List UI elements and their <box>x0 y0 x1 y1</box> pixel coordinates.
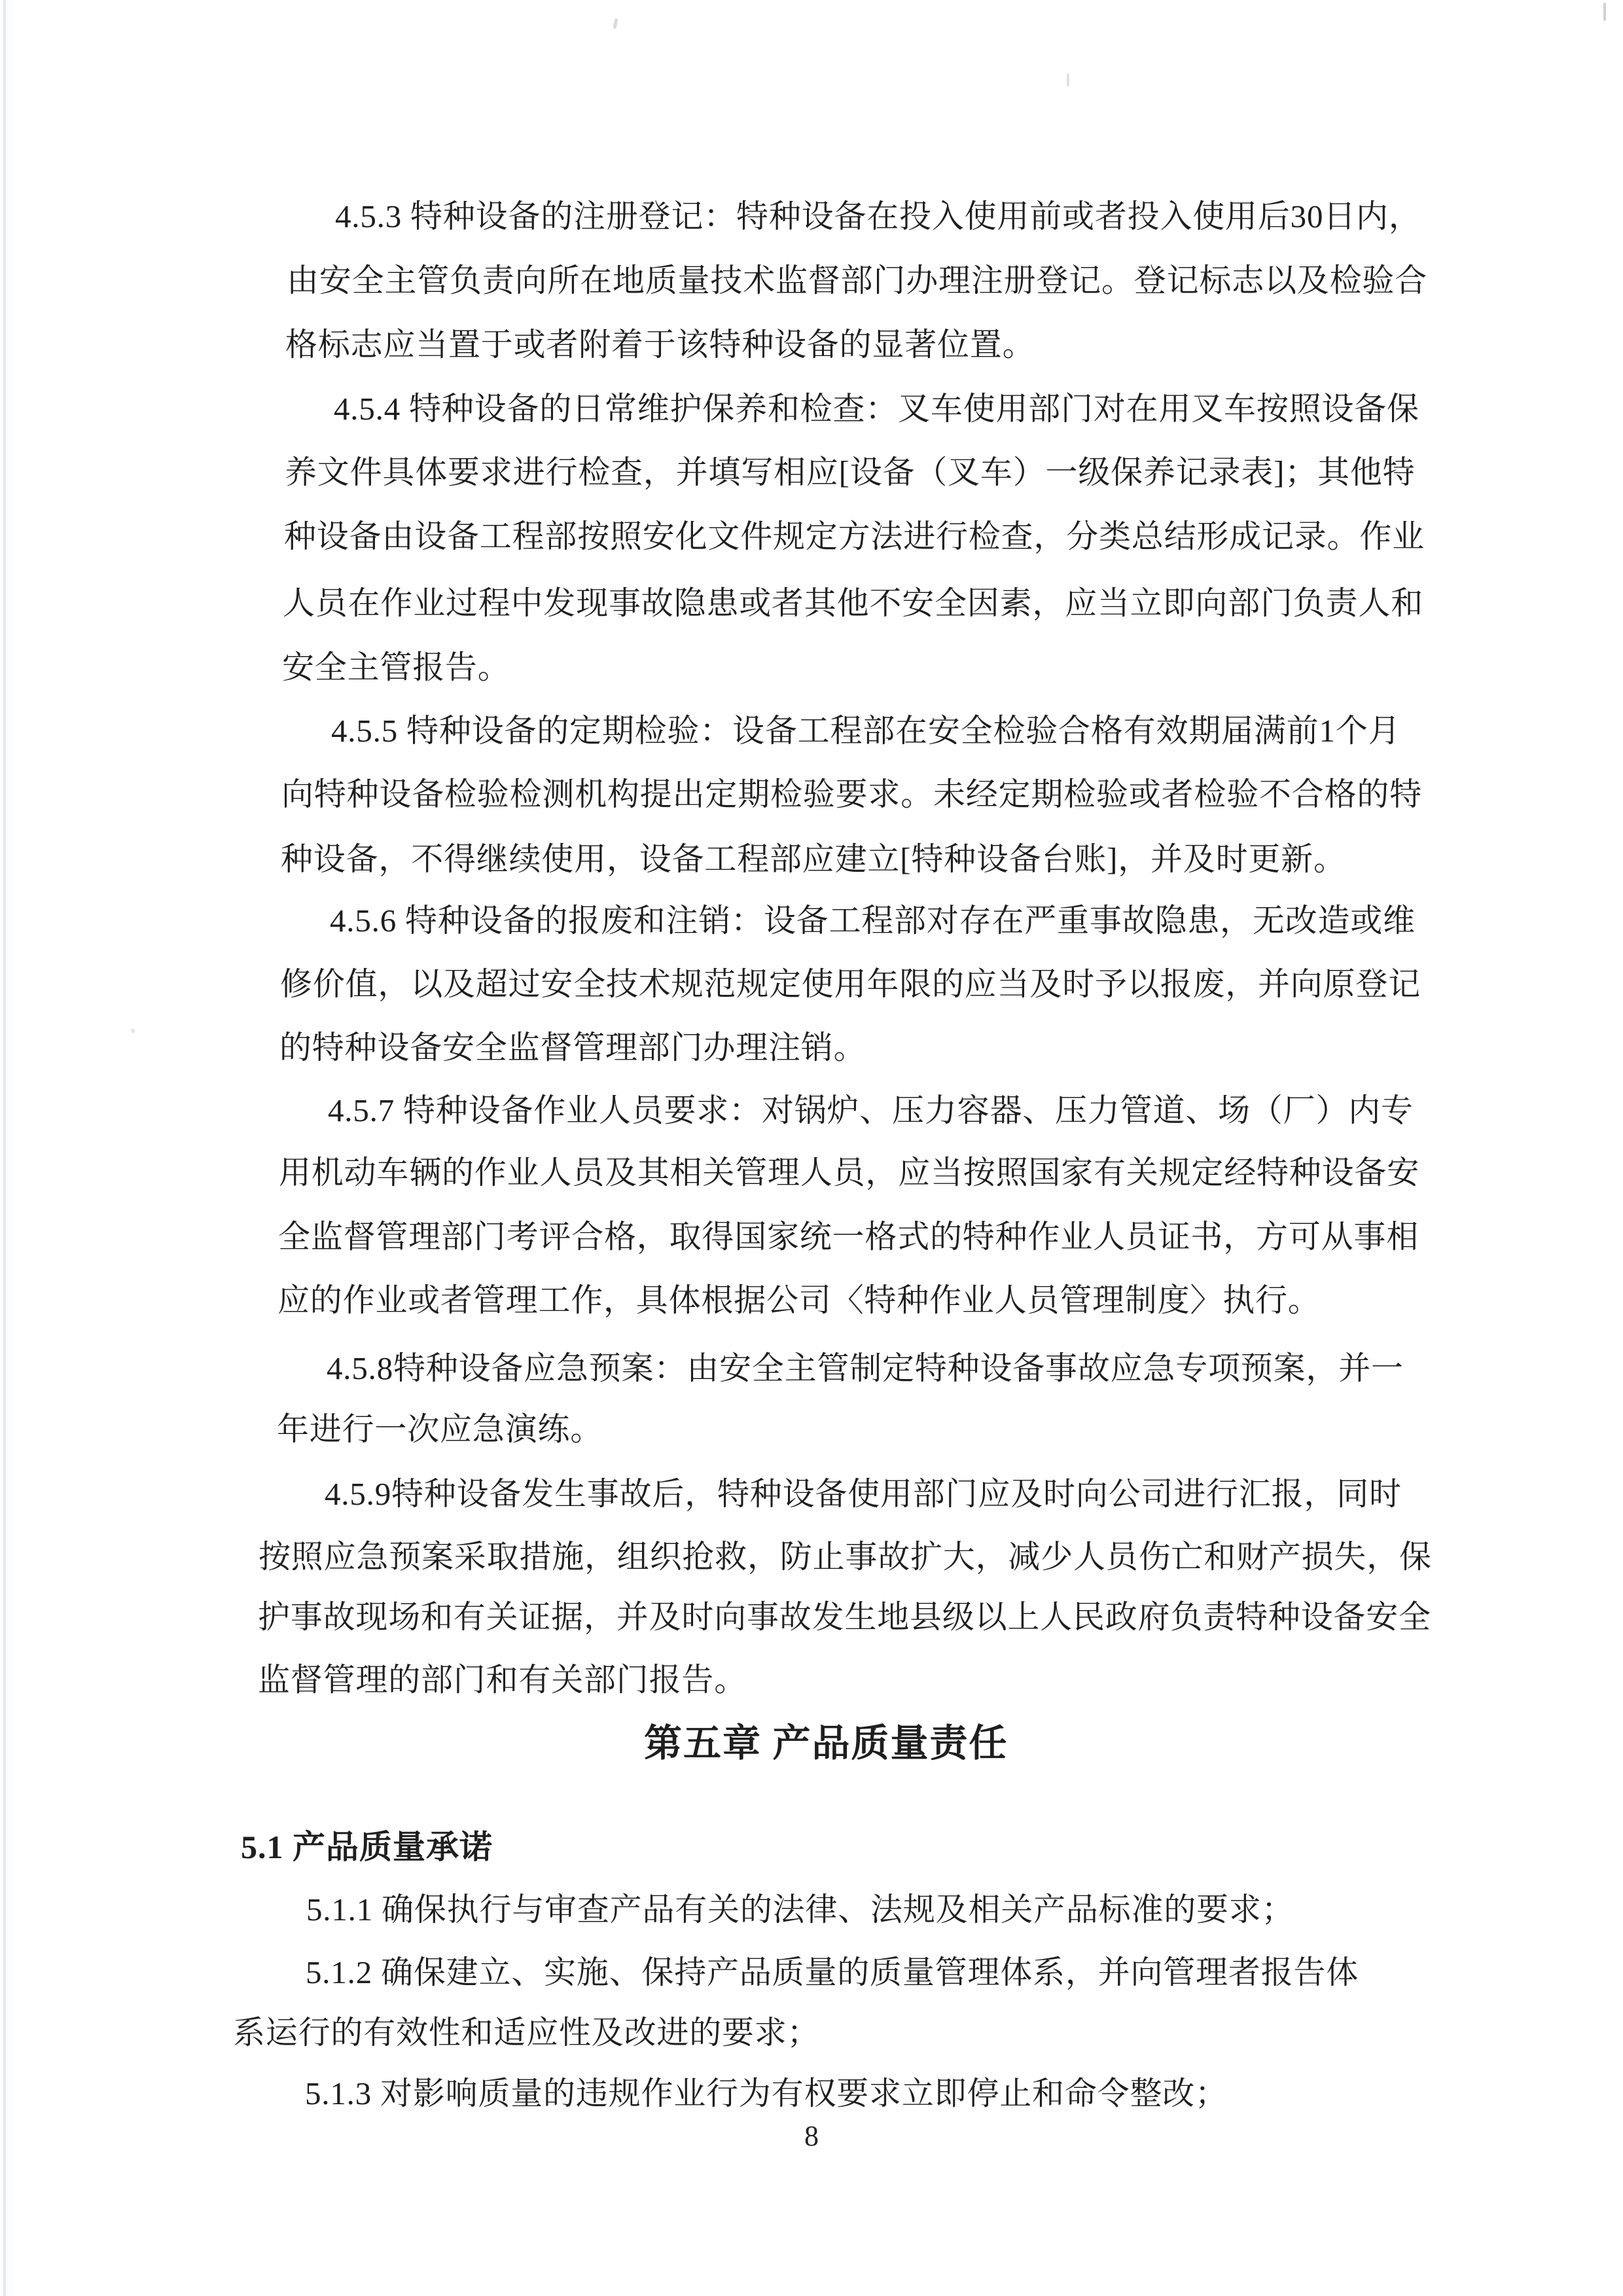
doc-line: 按照应急预案采取措施，组织抢救，防止事故扩大，减少人员伤亡和财产损失，保 <box>259 1539 1432 1575</box>
doc-line: 5.1.3 对影响质量的违规作业行为有权要求立即停止和命令整改； <box>305 2075 1228 2112</box>
doc-line: 养文件具体要求进行检查，并填写相应[设备（叉车）一级保养记录表]；其他特 <box>285 454 1415 491</box>
doc-line: 4.5.6 特种设备的报废和注销：设备工程部对存在严重事故隐患，无改造或维 <box>330 903 1416 939</box>
section-heading: 5.1 产品质量承诺 <box>241 1829 493 1865</box>
doc-line: 全监督管理部门考评合格，取得国家统一格式的特种作业人员证书，方可从事相 <box>278 1219 1419 1255</box>
doc-line: 4.5.7 特种设备作业人员要求：对锅炉、压力容器、压力管道、场（厂）内专 <box>328 1092 1414 1129</box>
doc-line: 5.1.1 确保执行与审查产品有关的法律、法规及相关产品标准的要求； <box>306 1892 1294 1928</box>
doc-line: 安全主管报告。 <box>282 649 510 686</box>
doc-line: 系运行的有效性和适应性及改进的要求； <box>233 2015 819 2051</box>
page-number: 8 <box>0 2119 1623 2153</box>
doc-line: 的特种设备安全监督管理部门办理注销。 <box>279 1030 866 1066</box>
chapter-heading: 第五章 产品质量责任 <box>644 1725 1008 1762</box>
scan-edge-artifact <box>3 0 6 2296</box>
doc-line: 格标志应当置于或者附着于该特种设备的显著位置。 <box>285 327 1035 363</box>
doc-line: 4.5.3 特种设备的注册登记：特种设备在投入使用前或者投入使用后30日内， <box>335 198 1421 235</box>
doc-line: 向特种设备检验检测机构提出定期检验要求。未经定期检验或者检验不合格的特 <box>281 776 1422 813</box>
doc-line: 4.5.5 特种设备的定期检验：设备工程部在安全检验合格有效期届满前1个月 <box>331 713 1400 749</box>
doc-line: 用机动车辆的作业人员及其相关管理人员，应当按照国家有关规定经特种设备安 <box>279 1155 1419 1191</box>
doc-line: 由安全主管负责向所在地质量技术监督部门办理注册登记。登记标志以及检验合 <box>287 262 1427 299</box>
doc-line: 4.5.8特种设备应急预案：由安全主管制定特种设备事故应急专项预案，并一 <box>327 1350 1404 1387</box>
doc-line: 5.1.2 确保建立、实施、保持产品质量的质量管理体系，并向管理者报告体 <box>306 1954 1359 1991</box>
doc-line: 监督管理的部门和有关部门报告。 <box>258 1662 747 1698</box>
scan-speck <box>613 18 618 29</box>
doc-line: 应的作业或者管理工作，具体根据公司〈特种作业人员管理制度〉执行。 <box>277 1282 1321 1319</box>
scanned-document-page: 4.5.3 特种设备的注册登记：特种设备在投入使用前或者投入使用后30日内， 由… <box>0 0 1623 2296</box>
doc-line: 年进行一次应急演练。 <box>277 1411 603 1448</box>
doc-line: 人员在作业过程中发现事故隐患或者其他不安全因素，应当立即向部门负责人和 <box>283 585 1423 622</box>
doc-line: 4.5.9特种设备发生事故后，特种设备使用部门应及时向公司进行汇报，同时 <box>325 1476 1402 1513</box>
scan-speck <box>1603 3 1606 21</box>
doc-line: 种设备，不得继续使用，设备工程部应建立[特种设备台账]，并及时更新。 <box>281 841 1346 878</box>
doc-line: 4.5.4 特种设备的日常维护保养和检查：叉车使用部门对在用叉车按照设备保 <box>334 391 1419 427</box>
doc-line: 修价值，以及超过安全技术规范规定使用年限的应当及时予以报废，并向原登记 <box>280 966 1421 1003</box>
doc-line: 护事故现场和有关证据，并及时向事故发生地县级以上人民政府负责特种设备安全 <box>258 1599 1431 1636</box>
scan-speck <box>1067 73 1069 86</box>
scan-speck <box>131 1029 135 1033</box>
doc-line: 种设备由设备工程部按照安化文件规定方法进行检查，分类总结形成记录。作业 <box>284 518 1425 555</box>
